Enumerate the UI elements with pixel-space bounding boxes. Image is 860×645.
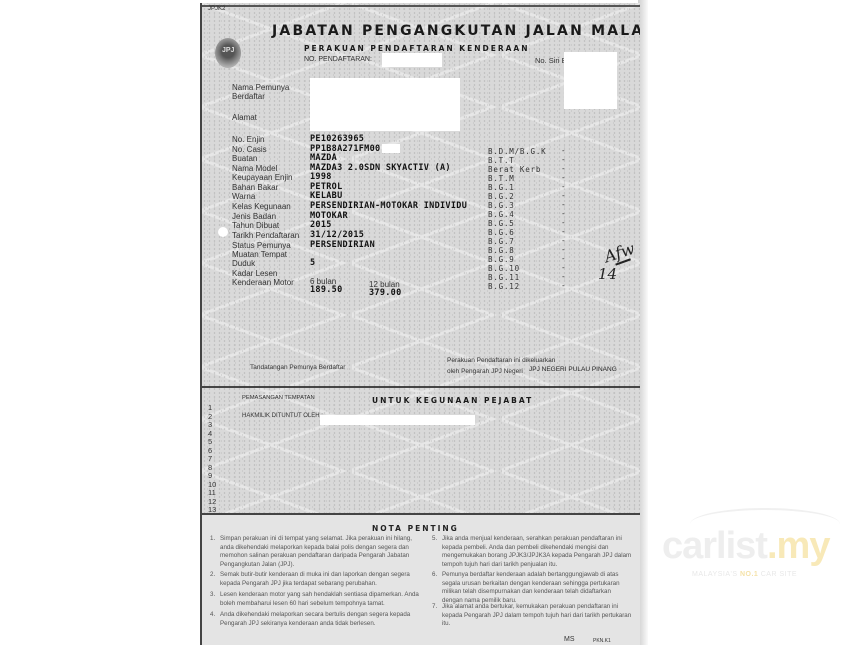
nota-text: Anda dikehendaki melaporkan secara bertu…	[220, 611, 410, 627]
field-value: MAZDA	[310, 153, 337, 163]
weight-class-dash: -	[562, 236, 565, 245]
weight-class-dash: -	[562, 281, 565, 290]
weight-class-dash: -	[562, 245, 565, 254]
weight-class-label: B.G.7	[488, 237, 515, 246]
weight-class-label: B.G.4	[488, 210, 515, 219]
form-code: JPJK2	[208, 6, 225, 12]
twelve-month-value: 379.00	[369, 288, 402, 298]
weight-class-dash: -	[562, 182, 565, 191]
weight-class-label: B.G.10	[488, 264, 520, 273]
nota-text: Simpan perakuan ini di tempat yang selam…	[220, 535, 412, 568]
weight-class-dash: -	[562, 173, 565, 182]
notes-divider	[202, 513, 640, 515]
weight-class-label: B.G.3	[488, 201, 515, 210]
weight-class-label: B.G.8	[488, 246, 515, 255]
nota-number: 4.	[210, 611, 215, 620]
weight-class-dash: -	[562, 227, 565, 236]
field-label: Bahan Bakar	[232, 183, 278, 192]
top-border	[202, 5, 640, 7]
weight-class-label: B.G.5	[488, 219, 515, 228]
weight-class-dash: -	[562, 164, 565, 173]
document-title: JABATAN PENGANGKUTAN JALAN MALAYSIA	[272, 23, 640, 39]
redacted-owner-details	[310, 78, 460, 131]
field-value: 2015	[310, 220, 332, 230]
six-month-value: 189.50	[310, 285, 343, 295]
weight-class-dash: -	[562, 254, 565, 263]
owner-name-label-2: Berdaftar	[232, 92, 265, 101]
weight-class-dash: -	[562, 263, 565, 272]
weight-class-label: B.G.11	[488, 273, 520, 282]
nota-number: 3.	[210, 591, 215, 600]
issuing-office: JPJ NEGERI PULAU PINANG	[529, 366, 617, 373]
footer-code: PKN.K1	[593, 638, 611, 644]
redacted-serial-no	[564, 52, 617, 109]
issued-line-1: Perakuan Pendaftaran ini dikeluarkan	[447, 357, 555, 364]
weight-class-label: B.G.2	[488, 192, 515, 201]
nota-text: Jika alamat anda bertukar, kemukakan per…	[442, 603, 631, 627]
field-value: 1998	[310, 172, 332, 182]
field-label: No. Enjin	[232, 135, 264, 144]
field-label: Warna	[232, 192, 255, 201]
weight-class-dash: -	[562, 146, 565, 155]
nota-number: 6.	[432, 571, 437, 580]
field-label: Nama Model	[232, 164, 277, 173]
nota-item: 5.Jika anda menjual kenderaan, serahkan …	[442, 535, 632, 569]
field-label: Duduk	[232, 259, 255, 268]
field-label: Tarikh Pendaftaran	[232, 231, 299, 240]
field-label: Status Pemunya	[232, 241, 291, 250]
field-label: Muatan Tempat	[232, 250, 287, 259]
weight-class-label: B.G.12	[488, 282, 520, 291]
field-value: 31/12/2015	[310, 230, 364, 240]
redacted-hakmilik	[320, 415, 475, 425]
nota-number: 2.	[210, 571, 215, 580]
nota-text: Lesen kenderaan motor yang sah hendaklah…	[220, 591, 419, 607]
redacted-chassis-suffix	[382, 144, 400, 153]
issued-line-2: oleh Pengarah JPJ Negeri	[447, 368, 523, 375]
nota-number: 1.	[210, 535, 215, 544]
weight-class-dash: -	[562, 200, 565, 209]
nota-item: 2.Semak butir-butir kenderaan di muka in…	[220, 571, 420, 588]
weight-class-label: B.T.T	[488, 156, 515, 165]
owner-signature-label: Tandatangan Pemunya Berdaftar	[250, 364, 345, 371]
document-subtitle: PERAKUAN PENDAFTARAN KENDERAAN	[304, 44, 530, 53]
owner-name-label-1: Nama Pemunya	[232, 83, 289, 92]
field-label: Kelas Kegunaan	[232, 202, 291, 211]
section-divider	[202, 386, 640, 388]
field-label: Keupayaan Enjin	[232, 173, 293, 182]
field-value: PERSENDIRIAN-MOTOKAR INDIVIDU	[310, 201, 467, 211]
nota-text: Jika anda menjual kenderaan, serahkan pe…	[442, 535, 631, 568]
weight-class-dash: -	[562, 209, 565, 218]
field-label: No. Casis	[232, 145, 267, 154]
registration-certificate: JPJK2 JPJ JABATAN PENGANGKUTAN JALAN MAL…	[200, 3, 640, 645]
field-value: PE10263965	[310, 134, 364, 144]
local-install-label: PEMASANGAN TEMPATAN	[242, 395, 315, 401]
field-label: Jenis Badan	[232, 212, 276, 221]
handwritten-number: 14	[598, 265, 617, 283]
weight-class-label: B.G.1	[488, 183, 515, 192]
carlist-watermark: carlist.my	[662, 525, 829, 568]
nota-text: Semak butir-butir kenderaan di muka ini …	[220, 571, 410, 587]
field-value: PERSENDIRIAN	[310, 240, 375, 250]
weight-class-dash: -	[562, 218, 565, 227]
nota-item: 1.Simpan perakuan ini di tempat yang sel…	[220, 535, 420, 569]
weight-class-label: B.T.M	[488, 174, 515, 183]
field-value: KELABU	[310, 191, 343, 201]
field-label: Kadar Lesen	[232, 269, 277, 278]
footer-initials: MS	[564, 636, 575, 643]
nota-item: 6.Pemunya berdaftar kenderaan adalah ber…	[442, 571, 632, 605]
field-label: Buatan	[232, 154, 257, 163]
watermark-tagline: MALAYSIA'S NO.1 CAR SITE	[692, 571, 797, 578]
weight-class-dash: -	[562, 272, 565, 281]
field-label: Tahun Dibuat	[232, 221, 279, 230]
punch-hole	[218, 227, 228, 237]
notes-section: NOTA PENTING 1.Simpan perakuan ini di te…	[202, 513, 640, 645]
jpj-emblem-icon: JPJ	[215, 38, 241, 68]
reg-no-label: NO. PENDAFTARAN:	[304, 56, 372, 63]
weight-class-dash: -	[562, 155, 565, 164]
nota-item: 7.Jika alamat anda bertukar, kemukakan p…	[442, 603, 632, 629]
weight-class-label: B.G.9	[488, 255, 515, 264]
nota-text: Pemunya berdaftar kenderaan adalah berta…	[442, 571, 620, 604]
nota-title: NOTA PENTING	[372, 524, 459, 533]
hakmilik-label: HAKMILIK DITUNTUT OLEH :-	[242, 413, 325, 419]
nota-item: 4.Anda dikehendaki melaporkan secara ber…	[220, 611, 420, 628]
weight-class-label: B.G.6	[488, 228, 515, 237]
address-label: Alamat	[232, 113, 257, 122]
weight-class-dash: -	[562, 191, 565, 200]
field-value: 5	[310, 258, 315, 268]
nota-number: 7.	[432, 603, 437, 612]
nota-item: 3.Lesen kenderaan motor yang sah hendakl…	[220, 591, 420, 608]
nota-number: 5.	[432, 535, 437, 544]
redacted-reg-no	[382, 53, 442, 67]
field-label: Kenderaan Motor	[232, 278, 294, 287]
weight-class-label: B.D.M/B.G.K	[488, 147, 546, 156]
office-use-title: UNTUK KEGUNAAN PEJABAT	[372, 396, 533, 405]
weight-class-label: Berat Kerb	[488, 165, 541, 174]
